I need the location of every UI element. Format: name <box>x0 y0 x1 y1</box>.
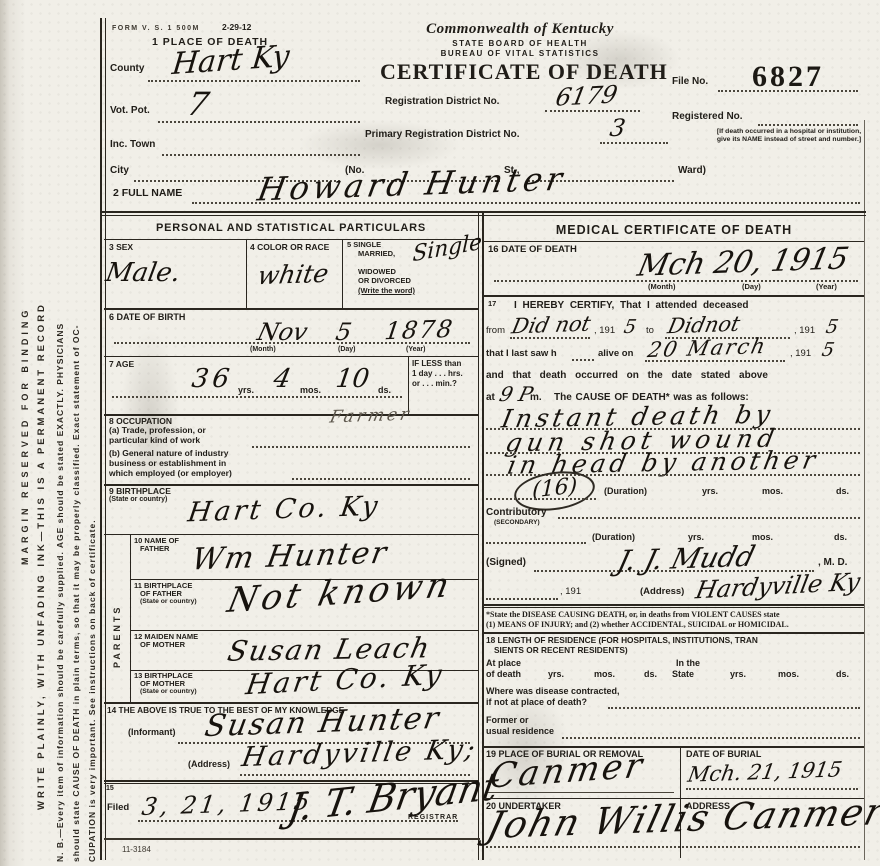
certify-from-year-value: 5 <box>622 318 637 337</box>
age-leader <box>112 396 402 398</box>
scan-smudge <box>300 120 460 170</box>
duration2-label: (Duration) <box>592 533 635 543</box>
medical-section-title: MEDICAL CERTIFICATE OF DEATH <box>484 224 864 238</box>
inthe-ds-unit: ds. <box>836 670 849 680</box>
sex-label: 3 SEX <box>109 243 133 252</box>
certify-line1: I HEREBY CERTIFY, That I attended deceas… <box>514 301 749 312</box>
lastsaw-label: that I last saw h <box>486 349 557 359</box>
age-years-unit: yrs. <box>238 386 254 396</box>
dob-bottom-rule <box>104 356 478 357</box>
full-name-label: 2 FULL NAME <box>113 188 182 199</box>
age-label: 7 AGE <box>109 360 134 369</box>
dob-caption-month: (Month) <box>250 346 276 354</box>
age-ifless-line1: IF LESS than <box>412 360 461 369</box>
lastsaw-year-value: 5 <box>820 341 835 360</box>
dob-leader <box>114 342 470 344</box>
certify-section-number: 17 <box>488 300 496 308</box>
certify-bottom-rule-inner <box>484 607 864 608</box>
age-ifless-line2: 1 day . . . hrs. <box>412 370 463 379</box>
inthe-label-line2: State <box>672 670 694 680</box>
occupation-b-leader <box>292 478 470 480</box>
inthe-yrs-unit: yrs. <box>730 670 746 680</box>
row345-bottom-rule <box>104 308 478 310</box>
dod-caption-year: (Year) <box>816 283 837 291</box>
form-left-border-inner <box>105 18 106 860</box>
violent-note-line1: *State the DISEASE CAUSING DEATH, or, in… <box>486 611 780 620</box>
dob-label: 6 DATE OF BIRTH <box>109 313 185 323</box>
atplace-label-line2: of death <box>486 670 521 680</box>
sex-value: Male. <box>104 260 183 286</box>
former-label-line1: Former or <box>486 716 529 726</box>
certify-to-year-prefix: , 191 <box>794 326 815 336</box>
margin-permanent-record-note: WRITE PLAINLY, WITH UNFADING INK—THIS IS… <box>36 302 47 810</box>
margin-nb-note-line1: N. B.—Every item of information should b… <box>55 323 65 862</box>
burial-date-value: Mch. 21, 1915 <box>686 759 843 786</box>
lastsaw-value: 20 March <box>646 336 769 361</box>
birthplace-sub-label: (State or country) <box>109 496 167 504</box>
contracted-label-line1: Where was disease contracted, <box>486 687 620 697</box>
former-leader <box>562 737 860 739</box>
dob-caption-day: (Day) <box>338 346 356 354</box>
marital-label-line4: OR DIVORCED <box>358 277 411 285</box>
city-ward-label: Ward) <box>678 166 706 177</box>
contributory-leader <box>558 517 860 519</box>
parents-strip-divider <box>130 534 131 702</box>
certify-from-value: Did not <box>510 314 593 338</box>
father-bp-label-line2: OF FATHER <box>140 590 182 598</box>
signed-year-prefix: , 191 <box>560 587 581 597</box>
father-name-value: Wm Hunter <box>189 538 390 575</box>
atplace-label-line1: At place <box>486 659 521 669</box>
certify-to-label: to <box>646 326 654 336</box>
contracted-leader <box>608 707 860 709</box>
dob-month-value: Nov <box>255 320 310 344</box>
lastsaw-mid-label: alive on <box>598 349 633 359</box>
duration-label: (Duration) <box>604 487 647 497</box>
marital-label-line1: 5 SINGLE <box>347 241 381 249</box>
father-name-label-line2: FATHER <box>140 545 169 553</box>
mother-bp-label-line3: (State or country) <box>140 688 197 695</box>
form-left-border <box>100 18 102 860</box>
personal-section-title: PERSONAL AND STATISTICAL PARTICULARS <box>104 223 478 235</box>
occupation-a-line1: (a) Trade, profession, or <box>109 426 206 435</box>
birthplace-bottom-rule <box>104 534 478 535</box>
inthe-mos-unit: mos. <box>778 670 799 680</box>
at-label: at <box>486 393 495 404</box>
inc-town-label: Inc. Town <box>110 140 155 151</box>
city-label: City <box>110 166 129 177</box>
county-label: County <box>110 64 144 75</box>
residence-label-line1: 18 LENGTH OF RESIDENCE (FOR HOSPITALS, I… <box>486 636 758 645</box>
vot-pot-label: Vot. Pot. <box>110 106 150 117</box>
duration2-ds-unit: ds. <box>834 533 847 543</box>
former-label-line2: usual residence <box>486 727 554 737</box>
mother-bp-label-line2: OF MOTHER <box>140 680 185 688</box>
informant-address-label: (Address) <box>188 760 230 770</box>
age-days-unit: ds. <box>378 386 391 396</box>
bureau-subtitle: BUREAU OF VITAL STATISTICS <box>390 50 650 59</box>
form-code: 11-3184 <box>122 846 151 855</box>
file-no-label: File No. <box>672 77 708 88</box>
age-ifless-line3: or . . . min.? <box>412 380 457 389</box>
burial-place-value: Canmer <box>487 748 648 793</box>
registered-no-leader <box>758 124 858 126</box>
atplace-yrs-unit: yrs. <box>548 670 564 680</box>
occupation-a-value: Farmer <box>328 407 413 427</box>
dod-caption-month: (Month) <box>648 283 675 291</box>
hospital-instruction-note: [If death occurred in a hospital or inst… <box>716 128 862 145</box>
duration-leader <box>486 498 596 500</box>
primary-district-value: 3 <box>608 116 627 140</box>
father-bp-value: Not known <box>225 568 456 618</box>
age-years-value: 36 <box>190 366 235 392</box>
marital-label-line3: WIDOWED <box>358 268 396 276</box>
primary-district-label: Primary Registration District No. <box>365 130 519 141</box>
race-label: 4 COLOR OR RACE <box>250 243 329 252</box>
file-no-value: 6827 <box>752 62 824 92</box>
certify-from-leader <box>510 337 590 339</box>
sex-race-divider <box>246 239 247 308</box>
column-divider <box>482 211 484 860</box>
informant-label: (Informant) <box>128 728 176 738</box>
father-bp-label-line3: (State or country) <box>140 598 197 605</box>
form-number: FORM V. S. 1 500M <box>112 25 200 33</box>
margin-binding-note: MARGIN RESERVED FOR BINDING <box>20 307 30 565</box>
birthplace-value: Hart Co. Ky <box>186 493 382 527</box>
undertaker-leader <box>486 846 860 848</box>
dod-bottom-rule <box>484 295 864 297</box>
marital-value: Single <box>412 232 482 267</box>
meridian-label: m. <box>530 393 542 404</box>
inc-town-leader <box>162 154 360 156</box>
certify-from-label: from <box>486 326 505 336</box>
age-months-value: 4 <box>271 366 293 392</box>
residence-bottom-rule <box>484 746 864 748</box>
signed-label: (Signed) <box>486 558 526 569</box>
registered-no-label: Registered No. <box>672 112 743 123</box>
race-value: white <box>256 261 331 289</box>
race-marital-divider <box>342 239 343 308</box>
registrar-label: REGISTRAR <box>408 814 458 822</box>
age-days-value: 10 <box>334 366 371 392</box>
physician-signature: J. J. Mudd <box>615 542 758 575</box>
margin-nb-note-line2: should state CAUSE OF DEATH in plain ter… <box>71 325 81 863</box>
physician-address-value: Hardyville Ky <box>694 570 863 603</box>
contributory-label: Contributory <box>486 508 547 519</box>
dob-year-value: 1878 <box>383 317 455 344</box>
mother-bp-value: Hart Co. Ky <box>244 661 446 700</box>
contributory-leader2 <box>486 542 586 544</box>
burial-place-underline <box>488 792 674 793</box>
residence-label-line2: SIENTS OR RECENT RESIDENTS) <box>494 646 628 655</box>
dod-value: Mch 20, 1915 <box>635 244 851 282</box>
inthe-label-line1: In the <box>676 659 700 669</box>
filed-section-number: 15 <box>106 785 114 793</box>
county-value: Hart Ky <box>171 42 291 80</box>
marital-label-line5: (Write the word) <box>358 287 415 295</box>
occupation-a-leader <box>252 446 470 448</box>
certify-from-year-prefix: , 191 <box>594 326 615 336</box>
certify-bottom-rule <box>484 604 864 606</box>
form-right-border <box>864 120 865 860</box>
dod-caption-day: (Day) <box>742 283 761 291</box>
occupation-b-line2: business or establishment in <box>109 459 226 468</box>
occupation-a-line2: particular kind of work <box>109 436 200 445</box>
certify-to-value: Didnot <box>666 314 742 338</box>
signed-year-leader <box>486 598 558 600</box>
dod-leader <box>494 280 858 282</box>
lastsaw-gap-leader <box>572 359 594 361</box>
dob-day-value: 5 <box>334 320 354 344</box>
occupation-b-line3: which employed (or employer) <box>109 469 232 478</box>
informant-address-value: Hardyville Ky; <box>240 736 480 771</box>
commonwealth-title: Commonwealth of Kentucky <box>390 21 650 37</box>
registration-district-value: 6179 <box>554 82 620 109</box>
parents-vertical-label: PARENTS <box>112 605 122 668</box>
dob-caption-year: (Year) <box>406 346 425 354</box>
occurred-line: and that death occurred on the date stat… <box>486 371 768 382</box>
violent-note-line2: (1) MEANS OF INJURY; and (2) whether ACC… <box>486 621 789 630</box>
burial-date-leader <box>686 788 858 790</box>
primary-district-leader <box>600 142 668 144</box>
column-divider-outer <box>478 211 479 860</box>
filed-label: Filed <box>107 803 129 813</box>
state-board-subtitle: STATE BOARD OF HEALTH <box>390 40 650 49</box>
contracted-label-line2: if not at place of death? <box>486 698 587 708</box>
duration-ds-unit: ds. <box>836 487 849 497</box>
atplace-ds-unit: ds. <box>644 670 657 680</box>
physician-address-label: (Address) <box>640 587 684 597</box>
marital-label-line2: MARRIED, <box>358 250 395 258</box>
full-name-value: Howard Hunter <box>255 163 568 206</box>
filed-bottom-rule <box>104 838 480 840</box>
birthplace-label: 9 BIRTHPLACE <box>109 487 171 496</box>
vot-pot-value: 7 <box>185 88 212 120</box>
burial-date-label: DATE OF BURIAL <box>686 750 761 760</box>
age-months-unit: mos. <box>300 386 321 396</box>
dod-label: 16 DATE OF DEATH <box>488 245 577 255</box>
lastsaw-leader <box>645 360 785 362</box>
atplace-mos-unit: mos. <box>594 670 615 680</box>
contributory-sub-label: (SECONDARY) <box>494 519 540 526</box>
form-revision-date: 2-29-12 <box>222 23 251 32</box>
duration-yrs-unit: yrs. <box>702 487 718 497</box>
occupation-b-line1: (b) General nature of industry <box>109 449 229 458</box>
mother-name-label-line2: OF MOTHER <box>140 641 185 649</box>
death-certificate-scan: MARGIN RESERVED FOR BINDING WRITE PLAINL… <box>0 0 880 866</box>
margin-nb-note-line3: CUPATION is very important. See instruct… <box>87 519 97 862</box>
registration-district-label: Registration District No. <box>385 97 499 108</box>
lastsaw-year-prefix: , 191 <box>790 349 811 359</box>
certify-to-year-value: 5 <box>824 318 839 337</box>
violent-note-bottom-rule <box>484 632 864 634</box>
md-label: , M. D. <box>818 558 847 569</box>
duration-mos-unit: mos. <box>762 487 783 497</box>
